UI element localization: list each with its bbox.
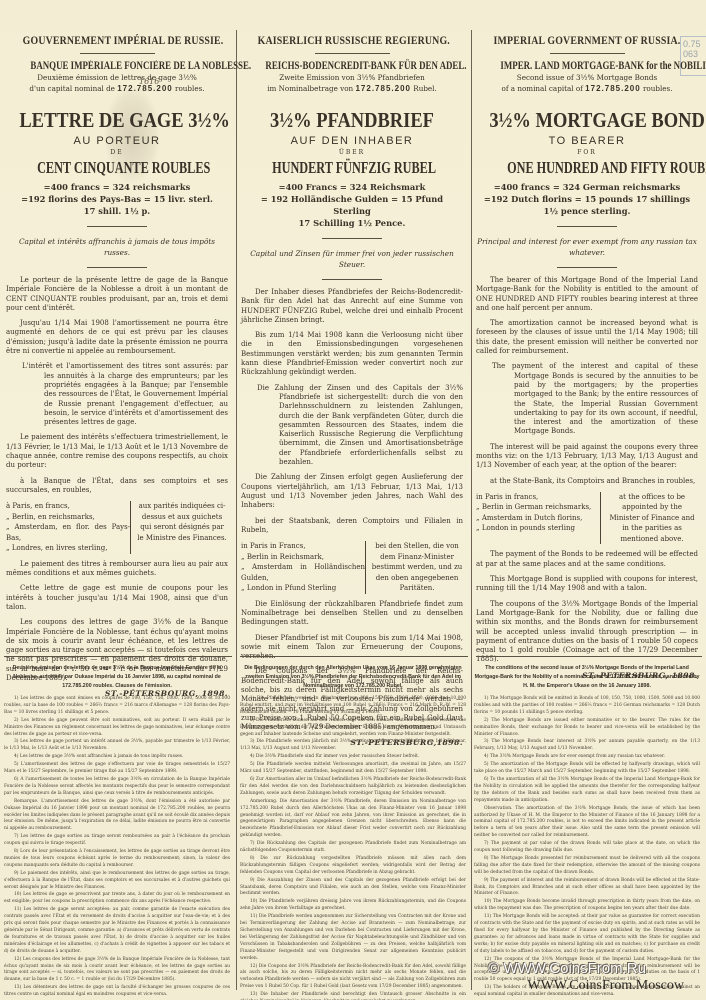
government-heading: GOUVERNEMENT IMPÉRIAL DE RUSSIE. bbox=[23, 34, 212, 47]
condition-clause: 6) Zur Amortisation aller im Umlauf befi… bbox=[240, 777, 466, 798]
condition-clause: 5) The amortization of the Mortgage Bond… bbox=[474, 762, 700, 776]
payment-places: à Paris, en francs,„ Berlin, en reichsma… bbox=[6, 501, 228, 554]
payment-place-note: aux parités indiquées ci-dessus et aux g… bbox=[130, 501, 228, 554]
payment-place: „ London in pounds sterling bbox=[476, 523, 600, 534]
condition-clause: 13) Les détenteurs des lettres de gage o… bbox=[4, 985, 230, 999]
terms-paragraph: Bis zum 1/14 Mai 1908 kann die Verloosun… bbox=[241, 331, 463, 377]
condition-clause: 10) The Mortgage Bonds become invalid th… bbox=[474, 899, 700, 913]
issue-line: Deuxième émission de lettres de gage 3½%… bbox=[6, 72, 228, 94]
watermark-ru: © WWW.CoinsFrom.Ru bbox=[488, 960, 646, 977]
bank-heading: IMPER. LAND MORTGAGE-BANK for the NOBILI… bbox=[500, 60, 673, 72]
condition-clause: Remarque. L'amortissement des lettres de… bbox=[4, 799, 230, 834]
condition-clause: 12) Die Coupons der 3½% Pfandbriefe der … bbox=[240, 964, 466, 992]
conditions-title: Die Bedingungen der durch den Allerhöchs… bbox=[240, 664, 466, 691]
terms-paragraph: Le paiement des titres à rembourser aura… bbox=[6, 560, 228, 579]
conditions-german: Die Bedingungen der durch den Allerhöchs… bbox=[240, 664, 466, 1000]
payment-place: „ Amsterdam in Dutch florins, bbox=[476, 513, 600, 524]
over-label: FOR bbox=[476, 149, 698, 156]
bond-terms: The bearer of this Mortgage Bond of the … bbox=[476, 276, 698, 680]
bond-title: 3½% MORTGAGE BOND bbox=[489, 108, 684, 133]
payment-place: in Paris in Francs, bbox=[241, 541, 365, 552]
bond-title: 3½% PFANDBRIEF bbox=[254, 108, 449, 133]
rule bbox=[557, 267, 617, 268]
rule bbox=[87, 226, 147, 227]
section-divider bbox=[4, 656, 232, 657]
column-divider bbox=[236, 30, 237, 990]
condition-clause: 10) Die Pfandbriefe verjähren dreissig J… bbox=[240, 899, 466, 913]
column-german: KAISERLICH RUSSISCHE REGIERUNG.REICHS-BO… bbox=[241, 28, 463, 653]
payment-place-note: at the offices to be appointed by the Mi… bbox=[600, 492, 698, 545]
rule bbox=[322, 238, 382, 239]
condition-clause: 7) Die Rückzahlung des Capitals der gezo… bbox=[240, 841, 466, 855]
bearer-label: TO BEARER bbox=[476, 135, 698, 147]
government-heading: IMPERIAL GOVERNMENT OF RUSSIA. bbox=[493, 34, 682, 47]
payment-place: „ Berlin in Reichsmark, bbox=[241, 552, 365, 563]
terms-paragraph: L'intérêt et l'amortissement des titres … bbox=[6, 362, 228, 427]
terms-paragraph: This Mortgage Bond is supplied with coup… bbox=[476, 575, 698, 594]
payment-place: in Paris in francs, bbox=[476, 492, 600, 503]
condition-clause: 1) Die Pfandbriefe werden in Abschnitten… bbox=[240, 696, 466, 717]
watermark-moscow: WWW.CoinsFrom.Moscow bbox=[527, 978, 684, 994]
face-value: HUNDERT FÜNFZIG RUBEL bbox=[272, 158, 432, 178]
over-label: DE bbox=[6, 149, 228, 156]
issue-line: Second issue of 3½% Mortgage Bondsof a n… bbox=[476, 72, 698, 94]
condition-clause: 9) Le paiement des intérêts, ainsi que l… bbox=[4, 871, 230, 892]
condition-clause: 9) Die Auszahlung der Zinsen und des Cap… bbox=[240, 878, 466, 899]
condition-clause: 11) Die Pfandbriefe werden angenommen zu… bbox=[240, 914, 466, 962]
conditions-body: 1) Les lettres de gage sont émises en co… bbox=[4, 696, 230, 999]
terms-paragraph: Cette lettre de gage est munie de coupon… bbox=[6, 584, 228, 612]
government-heading: KAISERLICH RUSSISCHE REGIERUNG. bbox=[258, 34, 447, 47]
section-divider bbox=[476, 656, 702, 657]
payment-place: „ Berlin, en reichsmarks, bbox=[6, 512, 130, 523]
condition-clause: 3) The Mortgage Bonds bear interest at 3… bbox=[474, 739, 700, 753]
condition-clause: 7) The payment at par value of the drawn… bbox=[474, 841, 700, 855]
conditions-title: The conditions of the second issue of 3½… bbox=[474, 664, 700, 691]
terms-paragraph: Die Zahlung der Zinsen erfolgt gegen Aus… bbox=[241, 473, 463, 510]
condition-clause: Observation. The amortization of the 3½%… bbox=[474, 806, 700, 841]
condition-clause: 4) The 3½% Mortgage Bonds are for ever e… bbox=[474, 754, 700, 761]
condition-clause: 8) Die zur Rückzahlung vorgestellten Pfa… bbox=[240, 856, 466, 877]
bond-terms: Le porteur de la présente lettre de gage… bbox=[6, 276, 228, 699]
equivalents: =400 Francs = 324 Reichsmark= 192 Hollän… bbox=[241, 181, 463, 229]
payment-place: „ Amsterdam, en flor. des Pays-Bas, bbox=[6, 522, 130, 543]
condition-clause: 4) Les lettres de gage 3½% sont affranch… bbox=[4, 754, 230, 761]
payment-places: in Paris in francs,„ Berlin in German re… bbox=[476, 492, 698, 545]
terms-paragraph: Jusqu'au 1/14 Mai 1908 l'amortissement n… bbox=[6, 319, 228, 356]
rule bbox=[557, 226, 617, 227]
tax-exemption-note: Capital et intérêts affranchis à jamais … bbox=[6, 236, 228, 258]
bond-document: 1616 0.75 063 GOUVERNEMENT IMPÉRIAL DE R… bbox=[0, 0, 706, 1000]
payment-place-note: bei den Stellen, die von dem Finanz-Mini… bbox=[365, 541, 463, 594]
condition-clause: 8) The Mortgage Bonds presented for reim… bbox=[474, 856, 700, 877]
condition-clause: 2) Die Pfandbriefe können auf den Namen … bbox=[240, 718, 466, 739]
rule bbox=[315, 53, 390, 54]
condition-clause: 11) Les lettres de gage seront acceptées… bbox=[4, 907, 230, 955]
payment-place: „ Londres, en livres sterling, bbox=[6, 543, 130, 554]
condition-clause: 2) The Mortgage Bonds are issued either … bbox=[474, 718, 700, 739]
conditions-body: 1) Die Pfandbriefe werden in Abschnitten… bbox=[240, 696, 466, 1000]
rule bbox=[550, 53, 625, 54]
terms-paragraph: The interest will be paid against the co… bbox=[476, 443, 698, 471]
terms-paragraph: at the State-Bank, its Comptoirs and Bra… bbox=[476, 477, 698, 486]
issue-line: Zweite Emission von 3½% Pfandbriefenim N… bbox=[241, 72, 463, 94]
condition-clause: Anmerkung. Die Amortisation der 3½% Pfan… bbox=[240, 799, 466, 840]
condition-clause: 6) To the amortization of all the 3½% Mo… bbox=[474, 777, 700, 805]
payment-place: à Paris, en francs, bbox=[6, 501, 130, 512]
equivalents: =400 francs = 324 reichsmarks=192 florin… bbox=[6, 181, 228, 217]
condition-clause: 5) L'amortissement des lettres de gage s… bbox=[4, 762, 230, 776]
bearer-label: AUF DEN INHABER bbox=[241, 135, 463, 147]
equivalents: =400 francs = 324 German reichsmarks=192… bbox=[476, 181, 698, 217]
conditions-body: 1) The Mortgage Bonds will be emitted in… bbox=[474, 696, 700, 999]
terms-paragraph: The amortization cannot be increased bey… bbox=[476, 319, 698, 356]
terms-paragraph: Die Zahlung der Zinsen und des Capitals … bbox=[241, 384, 463, 468]
condition-clause: 10) Les lettres de gage se prescrivent p… bbox=[4, 892, 230, 906]
condition-clause: 3) Les lettres de gage portent un intérê… bbox=[4, 739, 230, 753]
face-value: CENT CINQUANTE ROUBLES bbox=[37, 158, 197, 178]
terms-paragraph: Dieser Pfandbrief ist mit Coupons bis zu… bbox=[241, 634, 463, 662]
terms-paragraph: The bearer of this Mortgage Bond of the … bbox=[476, 276, 698, 313]
terms-paragraph: Die Einlösung der rückzahlbaren Pfandbri… bbox=[241, 600, 463, 628]
payment-place: „ London in Pfund Sterling bbox=[241, 583, 365, 594]
column-french: GOUVERNEMENT IMPÉRIAL DE RUSSIE.BANQUE I… bbox=[6, 28, 228, 653]
terms-paragraph: Le paiement des intérêts s'effectuera tr… bbox=[6, 433, 228, 470]
terms-paragraph: à la Banque de l'État, dans ses comptoir… bbox=[6, 477, 228, 496]
rule bbox=[87, 267, 147, 268]
face-value: ONE HUNDRED AND FIFTY ROUBLES bbox=[507, 158, 667, 178]
conditions-french: Deuxième émission des lettres de gage 3½… bbox=[4, 664, 230, 1000]
column-english: IMPERIAL GOVERNMENT OF RUSSIA.IMPER. LAN… bbox=[476, 28, 698, 653]
condition-clause: 2) Les lettres de gage peuvent être soit… bbox=[4, 718, 230, 739]
rule bbox=[80, 53, 155, 54]
payment-place: „ Berlin in German reichsmarks, bbox=[476, 502, 600, 513]
condition-clause: 6) A l'amortissement de toutes les lettr… bbox=[4, 777, 230, 798]
condition-clause: 1) The Mortgage Bonds will be emitted in… bbox=[474, 696, 700, 717]
terms-paragraph: The coupons of the 3½% Mortgage Bonds of… bbox=[476, 600, 698, 665]
condition-clause: 13) Die Inhaber der Pfandbriefe sind ber… bbox=[240, 992, 466, 1000]
over-label: ÜBER bbox=[241, 149, 463, 156]
rule bbox=[322, 279, 382, 280]
terms-paragraph: Der Inhaber dieses Pfandbriefes der Reic… bbox=[241, 288, 463, 325]
bearer-label: AU PORTEUR bbox=[6, 135, 228, 147]
condition-clause: 7) Les lettres de gage sorties au tirage… bbox=[4, 834, 230, 848]
column-divider bbox=[471, 30, 472, 990]
condition-clause: 9) The payment of interest and the reimb… bbox=[474, 878, 700, 899]
condition-clause: 4) Die 3½% Pfandbriefe sind für immer vo… bbox=[240, 754, 466, 761]
bond-title: LETTRE DE GAGE 3½% bbox=[19, 108, 214, 133]
payment-place: „ Amsterdam in Holländischen Gulden, bbox=[241, 562, 365, 583]
conditions-english: The conditions of the second issue of 3½… bbox=[474, 664, 700, 1000]
condition-clause: 8) Lors de leur présentation à l'encaiss… bbox=[4, 849, 230, 870]
condition-clause: 5) Die Pfandbriefe werden mittelst Verlo… bbox=[240, 762, 466, 776]
tax-exemption-note: Capital und Zinsen für immer frei von je… bbox=[241, 248, 463, 270]
terms-paragraph: The payment of the interest and capital … bbox=[476, 362, 698, 436]
bank-heading: REICHS-BODENCREDIT-BANK FÜR DEN ADEL. bbox=[265, 60, 438, 72]
bank-heading: BANQUE IMPÉRIALE FONCIÈRE DE LA NOBLESSE… bbox=[30, 60, 203, 72]
section-divider bbox=[240, 656, 468, 657]
condition-clause: 3) Die Pfandbriefe werden jährlich mit 3… bbox=[240, 739, 466, 753]
terms-paragraph: bei der Staatsbank, deren Comptoirs und … bbox=[241, 517, 463, 536]
condition-clause: 11) The Mortgage Bonds will be accepted:… bbox=[474, 914, 700, 955]
terms-paragraph: The payment of the Bonds to be redeemed … bbox=[476, 550, 698, 569]
conditions-title: Deuxième émission des lettres de gage 3½… bbox=[4, 664, 230, 691]
condition-clause: 1) Les lettres de gage sont émises en co… bbox=[4, 696, 230, 717]
condition-clause: 12) Les coupons des lettres de gage 3½% … bbox=[4, 957, 230, 985]
terms-paragraph: Le porteur de la présente lettre de gage… bbox=[6, 276, 228, 313]
payment-places: in Paris in Francs,„ Berlin in Reichsmar… bbox=[241, 541, 463, 594]
tax-exemption-note: Principal and interest for ever exempt f… bbox=[476, 236, 698, 258]
